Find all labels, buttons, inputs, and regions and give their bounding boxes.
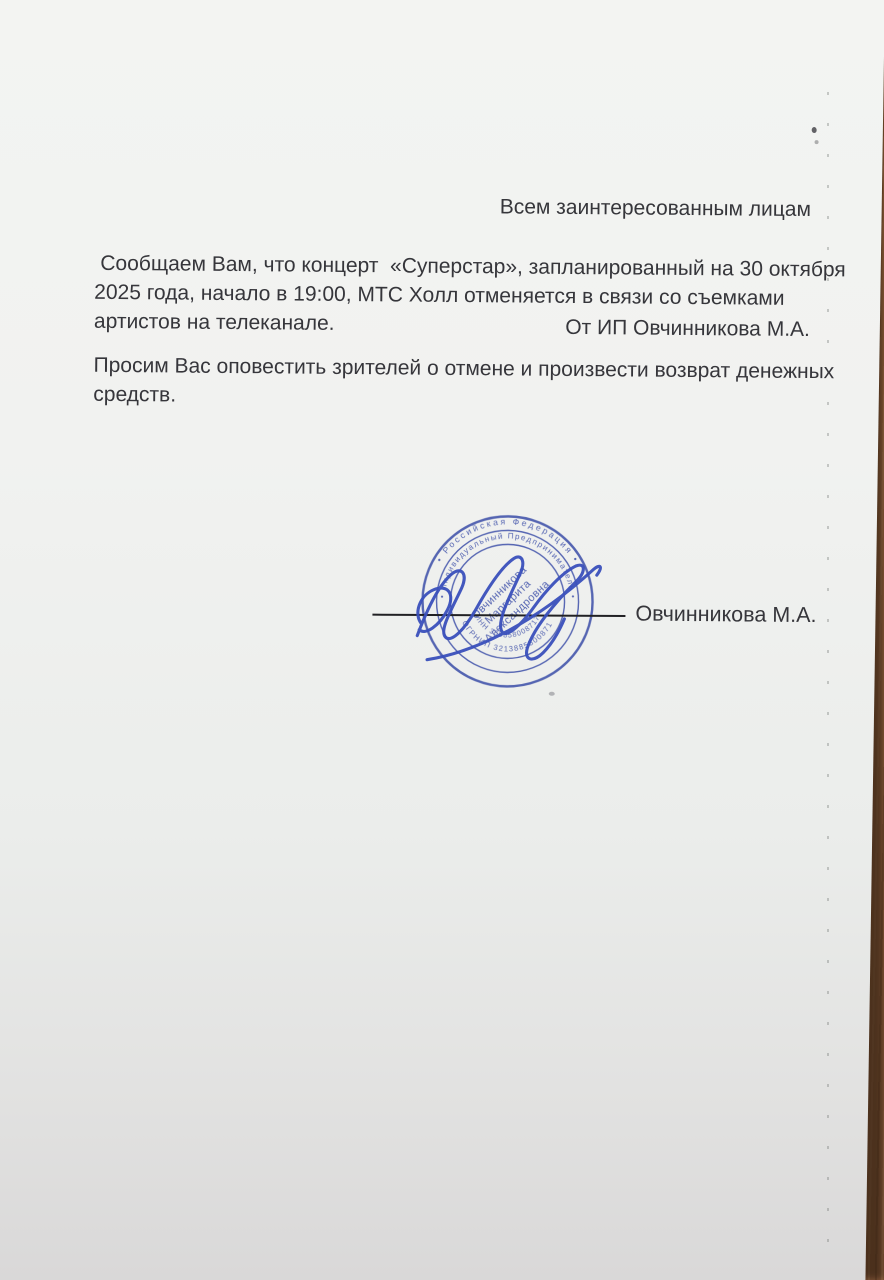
letter-content: Всем заинтересованным лицам От ИП Овчинн… [0, 0, 884, 1280]
photographed-letter: { "header": { "line1": "Всем заинтересов… [0, 0, 884, 1280]
signer-name: Овчинникова М.А. [635, 602, 816, 629]
paragraph-cancellation: Сообщаем Вам, что концерт «Суперстар», з… [94, 250, 846, 343]
paragraph-refund-request: Просим Вас оповестить зрителей о отмене … [93, 352, 834, 416]
ink-speck [815, 140, 819, 144]
ink-speck [812, 127, 817, 133]
signature-stroke-flourish [427, 565, 600, 661]
signature-stroke-main [417, 556, 583, 659]
handwritten-signature [375, 517, 627, 709]
ink-speck [549, 692, 555, 696]
addressee-line: Всем заинтересованным лицам [500, 187, 812, 230]
